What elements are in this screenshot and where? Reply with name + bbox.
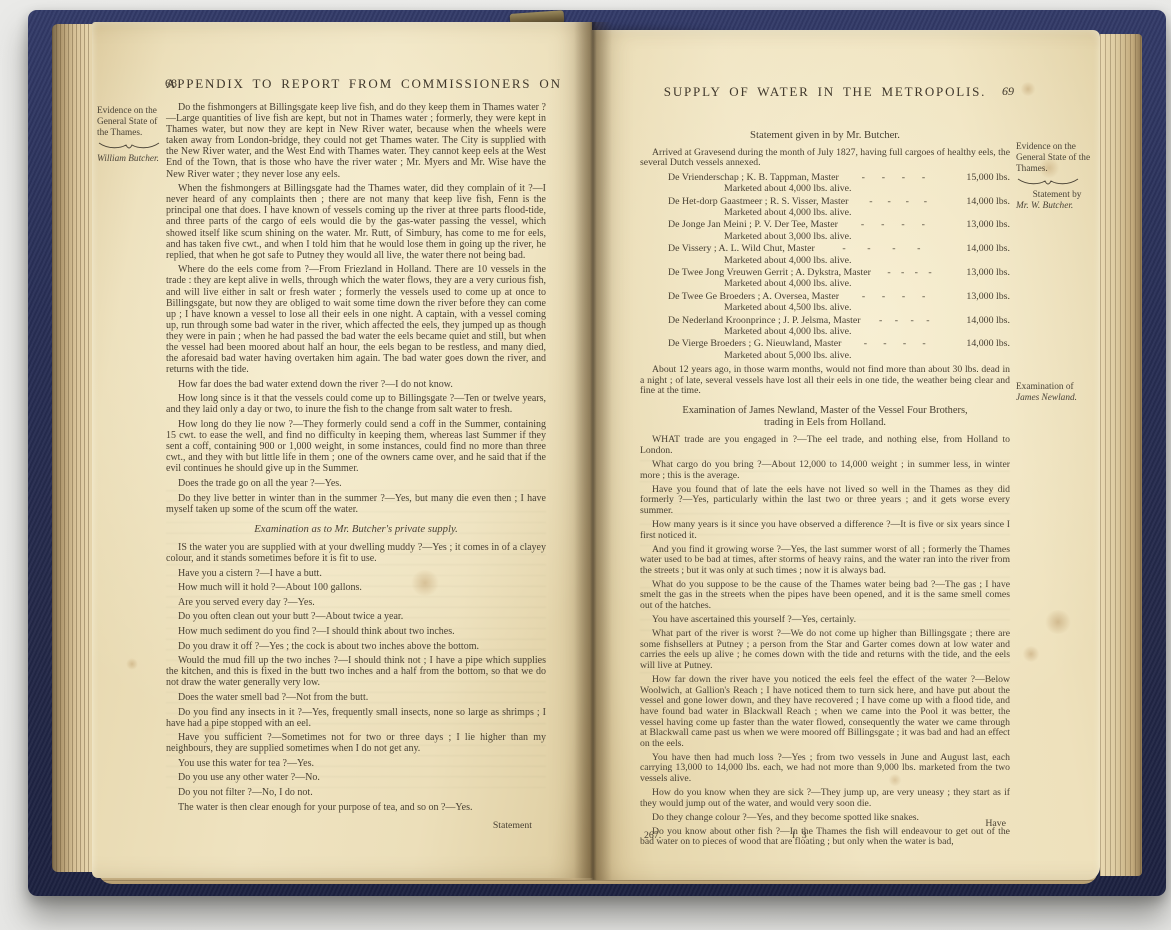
paragraph: Do you know about other fish ?—In the Th… <box>640 827 1010 848</box>
right-margin-exam-line2: James Newland. <box>1016 393 1098 404</box>
paragraph: Does the water smell bad ?—Not from the … <box>166 692 546 703</box>
gathering-mark: I 3 <box>792 830 809 841</box>
foxing-spot <box>1022 646 1040 662</box>
margin-brace-icon <box>97 141 161 151</box>
left-margin-note-heading: Evidence on the General State of the Tha… <box>97 106 163 139</box>
paragraph: Would the mud fill up the two inches ?—I… <box>166 655 546 688</box>
leader-dashes: ---- <box>815 243 948 254</box>
vessel-line: De Vierge Broeders ; G. Nieuwland, Maste… <box>668 338 1010 349</box>
paragraph: Do you draw it off ?—Yes ; the cock is a… <box>166 641 546 652</box>
left-text-column: Do the fishmongers at Billingsgate keep … <box>166 102 546 816</box>
photo-background: 68 APPENDIX TO REPORT FROM COMMISSIONERS… <box>0 0 1171 930</box>
vessel-marketed: Marketed about 4,000 lbs. alive. <box>724 326 1010 337</box>
book: 68 APPENDIX TO REPORT FROM COMMISSIONERS… <box>28 10 1166 896</box>
right-page: SUPPLY OF WATER IN THE METROPOLIS. 69 Ev… <box>592 30 1100 880</box>
left-section-heading: Examination as to Mr. Butcher's private … <box>166 524 546 535</box>
vessel-line: De Het-dorp Gaastmeer ; R. S. Visser, Ma… <box>668 196 1010 207</box>
vessel-line: De Twee Ge Broeders ; A. Oversea, Master… <box>668 291 1010 302</box>
paragraph: What part of the river is worst ?—We do … <box>640 629 1010 671</box>
vessel-list: De Vrienderschap ; K. B. Tappman, Master… <box>640 172 1010 362</box>
margin-brace-icon <box>1016 177 1080 187</box>
signature-number: 267. <box>644 830 661 841</box>
vessel-weight: 14,000 lbs. <box>948 338 1010 349</box>
right-margin-statement-line1: Statement by <box>1016 190 1098 201</box>
vessel-weight: 14,000 lbs. <box>948 243 1010 254</box>
vessel-line: De Jonge Jan Meini ; P. V. Der Tee, Mast… <box>668 219 1010 230</box>
paragraph: Do you use any other water ?—No. <box>166 772 546 783</box>
foxing-spot <box>126 658 138 670</box>
vessel-marketed: Marketed about 5,000 lbs. alive. <box>724 350 1010 361</box>
vessel-entry: De Vissery ; A. L. Wild Chut, Master ---… <box>640 243 1010 266</box>
left-catchword: Statement <box>166 820 532 831</box>
left-page: 68 APPENDIX TO REPORT FROM COMMISSIONERS… <box>92 22 592 878</box>
paragraph: How long do they lie now ?—They formerly… <box>166 419 546 474</box>
paragraph: Where do the eels come from ?—From Friez… <box>166 264 546 375</box>
vessel-entry: De Jonge Jan Meini ; P. V. Der Tee, Mast… <box>640 219 1010 242</box>
paragraph: IS the water you are supplied with at yo… <box>166 542 546 564</box>
foxing-spot <box>1020 82 1036 96</box>
right-margin-note-examination: Examination of James Newland. <box>1016 382 1098 404</box>
vessel-line: De Twee Jong Vreuwen Gerrit ; A. Dykstra… <box>668 267 1010 278</box>
paragraph: How far down the river have you noticed … <box>640 675 1010 749</box>
paragraph: Does the trade go on all the year ?—Yes. <box>166 478 546 489</box>
right-margin-note-heading: Evidence on the General State of the Tha… <box>1016 142 1098 175</box>
paragraph: How many years is it since you have obse… <box>640 520 1010 541</box>
vessel-entry: De Twee Jong Vreuwen Gerrit ; A. Dykstra… <box>640 267 1010 290</box>
paragraph: What do you suppose to be the cause of t… <box>640 580 1010 612</box>
statement-intro: Arrived at Gravesend during the month of… <box>640 148 1010 169</box>
vessel-name: De Vrienderschap ; K. B. Tappman, Master <box>668 172 839 183</box>
left-running-title: APPENDIX TO REPORT FROM COMMISSIONERS ON <box>166 76 546 92</box>
vessel-line: De Nederland Kroonprince ; J. P. Jelsma,… <box>668 315 1010 326</box>
leader-dashes: ---- <box>839 291 948 302</box>
vessel-marketed: Marketed about 4,000 lbs. alive. <box>724 207 1010 218</box>
page-edges-right <box>1100 34 1142 876</box>
paragraph: You have then had much loss ?—Yes ; from… <box>640 753 1010 785</box>
left-paragraphs-b: IS the water you are supplied with at yo… <box>166 542 546 813</box>
vessel-line: De Vissery ; A. L. Wild Chut, Master ---… <box>668 243 1010 254</box>
right-margin-note-evidence: Evidence on the General State of the Tha… <box>1016 142 1098 212</box>
right-margin-statement-line2: Mr. W. Butcher. <box>1016 201 1098 212</box>
vessel-entry: De Het-dorp Gaastmeer ; R. S. Visser, Ma… <box>640 196 1010 219</box>
vessel-entry: De Twee Ge Broeders ; A. Oversea, Master… <box>640 291 1010 314</box>
paragraph: How do you know when they are sick ?—The… <box>640 788 1010 809</box>
vessel-line: De Vrienderschap ; K. B. Tappman, Master… <box>668 172 1010 183</box>
vessel-entry: De Vierge Broeders ; G. Nieuwland, Maste… <box>640 338 1010 361</box>
right-running-title: SUPPLY OF WATER IN THE METROPOLIS. <box>640 84 1010 100</box>
right-page-number: 69 <box>1002 84 1014 99</box>
paragraph: Have you a cistern ?—I have a butt. <box>166 568 546 579</box>
left-margin-note: Evidence on the General State of the Tha… <box>97 106 163 165</box>
paragraph: The water is then clear enough for your … <box>166 802 546 813</box>
leader-dashes: ---- <box>838 219 948 230</box>
paragraph: Do you find any insects in it ?—Yes, fre… <box>166 707 546 729</box>
right-catchword: Have <box>640 818 1006 829</box>
leader-dashes: ---- <box>848 196 948 207</box>
vessel-marketed: Marketed about 4,000 lbs. alive. <box>724 278 1010 289</box>
paragraph: How much sediment do you find ?—I should… <box>166 626 546 637</box>
vessel-weight: 13,000 lbs. <box>948 267 1010 278</box>
vessel-marketed: Marketed about 3,000 lbs. alive. <box>724 231 1010 242</box>
statement-after-note: About 12 years ago, in those warm months… <box>640 365 1010 397</box>
vessel-weight: 14,000 lbs. <box>948 315 1010 326</box>
vessel-name: De Het-dorp Gaastmeer ; R. S. Visser, Ma… <box>668 196 848 207</box>
vessel-name: De Vierge Broeders ; G. Nieuwland, Maste… <box>668 338 841 349</box>
paragraph: You have ascertained this yourself ?—Yes… <box>640 615 1010 626</box>
left-margin-note-witness: William Butcher. <box>97 154 163 165</box>
foxing-spot <box>1044 610 1072 634</box>
vessel-name: De Twee Jong Vreuwen Gerrit ; A. Dykstra… <box>668 267 871 278</box>
examination-heading-line1: Examination of James Newland, Master of … <box>640 406 1010 417</box>
paragraph: Have you found that of late the eels hav… <box>640 485 1010 517</box>
vessel-marketed: Marketed about 4,000 lbs. alive. <box>724 183 1010 194</box>
vessel-marketed: Marketed about 4,500 lbs. alive. <box>724 302 1010 313</box>
paragraph: Do they live better in winter than in th… <box>166 493 546 515</box>
paragraph: Have you sufficient ?—Sometimes not for … <box>166 732 546 754</box>
leader-dashes: ---- <box>839 172 948 183</box>
examination-qa: WHAT trade are you engaged in ?—The eel … <box>640 435 1010 848</box>
paragraph: Do the fishmongers at Billingsgate keep … <box>166 102 546 180</box>
right-margin-exam-line1: Examination of <box>1016 382 1098 393</box>
vessel-marketed: Marketed about 4,000 lbs. alive. <box>724 255 1010 266</box>
vessel-name: De Jonge Jan Meini ; P. V. Der Tee, Mast… <box>668 219 838 230</box>
right-text-column: Statement given in by Mr. Butcher. Arriv… <box>640 130 1010 820</box>
paragraph: How long since is it that the vessels co… <box>166 393 546 415</box>
vessel-weight: 15,000 lbs. <box>948 172 1010 183</box>
left-paragraphs-a: Do the fishmongers at Billingsgate keep … <box>166 102 546 515</box>
vessel-name: De Nederland Kroonprince ; J. P. Jelsma,… <box>668 315 861 326</box>
examination-heading-line2: trading in Eels from Holland. <box>640 418 1010 429</box>
paragraph: How much will it hold ?—About 100 gallon… <box>166 582 546 593</box>
vessel-weight: 13,000 lbs. <box>948 219 1010 230</box>
paragraph: What cargo do you bring ?—About 12,000 t… <box>640 460 1010 481</box>
vessel-name: De Vissery ; A. L. Wild Chut, Master <box>668 243 815 254</box>
paragraph: And you find it growing worse ?—Yes, the… <box>640 545 1010 577</box>
vessel-weight: 14,000 lbs. <box>948 196 1010 207</box>
leader-dashes: ---- <box>871 267 948 278</box>
vessel-entry: De Vrienderschap ; K. B. Tappman, Master… <box>640 172 1010 195</box>
paragraph: You use this water for tea ?—Yes. <box>166 758 546 769</box>
leader-dashes: ---- <box>861 315 948 326</box>
paragraph: WHAT trade are you engaged in ?—The eel … <box>640 435 1010 456</box>
paragraph: How far does the bad water extend down t… <box>166 379 546 390</box>
paragraph: Are you served every day ?—Yes. <box>166 597 546 608</box>
vessel-name: De Twee Ge Broeders ; A. Oversea, Master <box>668 291 839 302</box>
paragraph: Do you not filter ?—No, I do not. <box>166 787 546 798</box>
paragraph: Do you often clean out your butt ?—About… <box>166 611 546 622</box>
leader-dashes: ---- <box>841 338 948 349</box>
vessel-entry: De Nederland Kroonprince ; J. P. Jelsma,… <box>640 315 1010 338</box>
statement-heading: Statement given in by Mr. Butcher. <box>640 130 1010 141</box>
paragraph: When the fishmongers at Billingsgate had… <box>166 183 546 261</box>
vessel-weight: 13,000 lbs. <box>948 291 1010 302</box>
